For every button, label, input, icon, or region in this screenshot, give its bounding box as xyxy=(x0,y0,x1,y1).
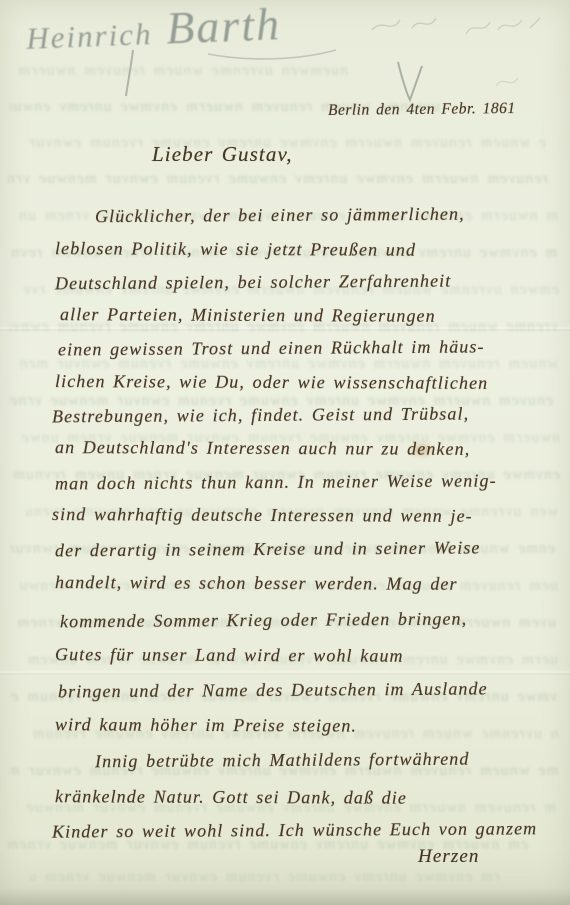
paper-crease xyxy=(0,670,570,675)
pencil-owner-annotation: HeinrichBarth xyxy=(25,0,282,60)
manuscript-line: der derartig in seinem Kreise und in sei… xyxy=(55,538,481,562)
pencil-first-name: Heinrich xyxy=(26,16,153,56)
bleedthrough-line: nuemwen uvrenme wnuem renuvem nwuerm env… xyxy=(18,62,348,80)
pencil-scribble xyxy=(372,18,436,30)
dateline: Berlin den 4ten Febr. 1861 xyxy=(328,100,516,120)
pencil-flourish-stroke xyxy=(126,50,133,96)
manuscript-line: Gutes für unser Land wird er wohl kaum xyxy=(55,644,404,667)
closing-word: Herzen xyxy=(418,846,479,868)
letter-page: nuemwen uvrenme wnuem renuvem nwuerm env… xyxy=(0,0,570,905)
manuscript-line: wird kaum höher im Preise steigen. xyxy=(55,714,357,736)
manuscript-line: lichen Kreise, wie Du, oder wie wissensc… xyxy=(55,371,488,394)
manuscript-line: bringen und der Name des Deutschen im Au… xyxy=(58,679,488,703)
manuscript-line: Glücklicher, der bei einer so jämmerlich… xyxy=(95,204,465,228)
manuscript-line: Bestrebungen, wie ich, findet. Geist und… xyxy=(52,404,469,428)
manuscript-line: leblosen Politik, wie sie jetzt Preußen … xyxy=(55,238,416,261)
manuscript-line: sind wahrhaftig deutsche Interessen und … xyxy=(52,504,473,527)
manuscript-line: aller Parteien, Ministerien und Regierun… xyxy=(60,304,436,327)
manuscript-line: kränkelnde Natur. Gott sei Dank, daß die xyxy=(55,786,407,809)
salutation: Lieber Gustav, xyxy=(152,142,293,167)
manuscript-line: handelt, wird es schon besser werden. Ma… xyxy=(55,572,458,595)
paper-crease xyxy=(0,326,570,331)
manuscript-line: an Deutschland's Interessen auch nur zu … xyxy=(55,437,470,460)
manuscript-line: Innig betrübte mich Mathildens fortwähre… xyxy=(95,749,470,773)
pencil-last-name: Barth xyxy=(165,0,282,53)
pencil-scribble xyxy=(496,78,518,86)
pencil-scribble xyxy=(466,18,540,34)
manuscript-line: Kinder so weit wohl sind. Ich wünsche Eu… xyxy=(52,818,537,842)
page-bottom-shadow xyxy=(0,888,570,905)
manuscript-line: einen gewissen Trost und einen Rückhalt … xyxy=(58,337,485,361)
manuscript-line: Deutschland spielen, bei solcher Zerfahr… xyxy=(55,271,452,295)
manuscript-line: man doch nichts thun kann. In meiner Wei… xyxy=(55,470,497,494)
pencil-checkmark xyxy=(398,62,422,100)
bleedthrough-line: rm envmwe unremv enwume rvenum ewnvur me… xyxy=(30,868,500,886)
bleedthrough-line: renuvem nwuerm envmwe unremv enwume rven… xyxy=(8,170,548,188)
manuscript-line: kommende Sommer Krieg oder Frieden bring… xyxy=(60,609,467,633)
